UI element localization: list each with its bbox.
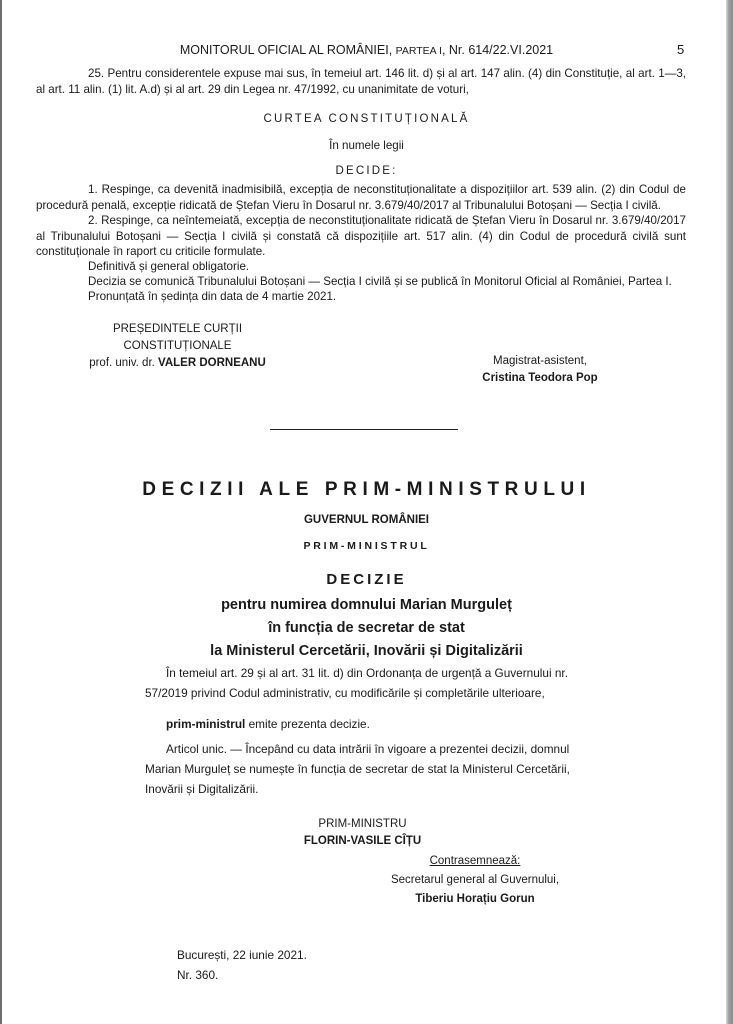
section-title: DECIZII ALE PRIM-MINISTRULUI — [0, 479, 733, 501]
legal-basis-text: În temeiul art. 29 și al art. 31 lit. d)… — [145, 663, 605, 703]
assistant-title: Magistrat-asistent, — [460, 353, 620, 370]
countersign-name: Tiberiu Horațiu Gorun — [415, 893, 534, 905]
header-part: PARTEA I — [396, 45, 442, 57]
president-signature: PREȘEDINTELE CURȚII CONSTITUȚIONALE prof… — [60, 321, 295, 372]
pm-signature: PRIM-MINISTRU FLORIN-VASILE CÎȚU — [290, 816, 435, 850]
subtitle-line: în funcția de secretar de stat — [0, 617, 733, 640]
header-title: MONITORUL OFICIAL AL ROMÂNIEI, — [180, 43, 396, 57]
pronounced-statement: Pronunțată în ședința din data de 4 mart… — [36, 289, 686, 305]
communication-statement: Decizia se comunică Tribunalului Botoșan… — [36, 274, 686, 290]
president-prefix: prof. univ. dr. — [89, 357, 158, 369]
place-date: București, 22 iunie 2021. — [177, 945, 307, 965]
issuer-bold: prim-ministrul — [166, 717, 245, 731]
decision-number: Nr. 360. — [177, 965, 307, 985]
countersign-label: Contrasemnează: — [430, 855, 521, 867]
page-right-edge — [726, 0, 733, 1024]
signer-name: FLORIN-VASILE CÎȚU — [304, 835, 421, 847]
in-name-of-law: În numele legii — [0, 139, 733, 152]
issuer-rest: emite prezenta decizie. — [245, 717, 370, 731]
president-name: VALER DORNEANU — [158, 357, 266, 369]
president-title: PREȘEDINTELE CURȚII CONSTITUȚIONALE — [60, 321, 295, 355]
subtitle-line: pentru numirea domnului Marian Murguleț — [0, 594, 733, 617]
page-header: MONITORUL OFICIAL AL ROMÂNIEI, PARTEA I,… — [0, 43, 733, 57]
decision-subtitle: pentru numirea domnului Marian Murguleț … — [0, 594, 733, 663]
legal-basis: În temeiul art. 29 și al art. 31 lit. d)… — [145, 663, 605, 703]
assistant-name: Cristina Teodora Pop — [482, 372, 597, 384]
decides-heading: DECIDE: — [0, 165, 733, 177]
signer-title: PRIM-MINISTRU — [290, 816, 435, 833]
countersignature: Contrasemnează: Secretarul general al Gu… — [370, 852, 580, 909]
final-statement: Definitivă și general obligatorie. — [36, 259, 686, 275]
decision-item-2: 2. Respinge, ca neîntemeiată, excepția d… — [36, 213, 686, 260]
subtitle-line: la Ministerul Cercetării, Inovării și Di… — [0, 640, 733, 663]
court-name: CURTEA CONSTITUȚIONALĂ — [0, 113, 733, 125]
issuer-statement: prim-ministrul emite prezenta decizie. — [145, 714, 605, 734]
page-number: 5 — [677, 42, 684, 57]
section-divider — [270, 429, 458, 430]
header-issue: , Nr. 614/22.VI.2021 — [442, 43, 553, 57]
government-label: GUVERNUL ROMÂNIEI — [0, 514, 733, 526]
single-article: Articol unic. — Începând cu data intrări… — [145, 739, 605, 799]
paragraph-25: 25. Pentru considerentele expuse mai sus… — [36, 66, 686, 97]
assistant-signature: Magistrat-asistent, Cristina Teodora Pop — [460, 353, 620, 387]
place-date-block: București, 22 iunie 2021. Nr. 360. — [177, 945, 307, 985]
countersign-title: Secretarul general al Guvernului, — [370, 871, 580, 890]
decision-title: DECIZIE — [0, 571, 733, 588]
single-article-text: Articol unic. — Începând cu data intrări… — [145, 739, 605, 799]
decision-item-1: 1. Respinge, ca devenită inadmisibilă, e… — [36, 182, 686, 213]
prime-minister-label: PRIM-MINISTRUL — [0, 540, 733, 552]
page-left-edge — [0, 0, 2, 1024]
